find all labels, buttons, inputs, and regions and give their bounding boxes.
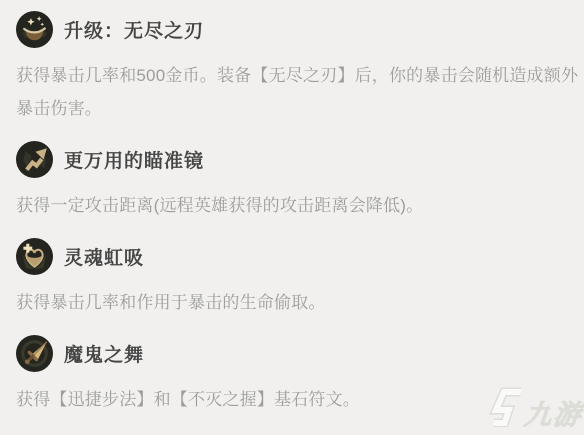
9game-watermark-logo: 九游 bbox=[486, 387, 584, 432]
demon-sword-icon bbox=[16, 335, 53, 372]
ability-section-soul-siphon: 灵魂虹吸 获得暴击几率和作用于暴击的生命偷取。 bbox=[16, 237, 584, 319]
ability-header: 灵魂虹吸 bbox=[16, 237, 584, 275]
ability-description: 获得一定攻击距离(远程英雄获得的攻击距离会降低)。 bbox=[16, 189, 580, 222]
ability-title: 升级：无尽之刃 bbox=[64, 16, 204, 43]
ability-guide-page: 升级：无尽之刃 获得暴击几率和500金币。装备【无尽之刃】后，你的暴击会随机造成… bbox=[0, 0, 584, 435]
ability-section-upgrade-infinity-edge: 升级：无尽之刃 获得暴击几率和500金币。装备【无尽之刃】后，你的暴击会随机造成… bbox=[16, 10, 584, 125]
ability-header: 更万用的瞄准镜 bbox=[16, 140, 584, 178]
ability-description: 获得暴击几率和500金币。装备【无尽之刃】后，你的暴击会随机造成额外暴击伤害。 bbox=[16, 59, 580, 125]
9game-g-icon bbox=[486, 387, 525, 432]
gold-pouch-icon bbox=[16, 11, 53, 48]
ability-title: 魔鬼之舞 bbox=[64, 340, 144, 367]
soul-heart-icon bbox=[16, 238, 53, 275]
ability-section-scope: 更万用的瞄准镜 获得一定攻击距离(远程英雄获得的攻击距离会降低)。 bbox=[16, 140, 584, 222]
ability-header: 升级：无尽之刃 bbox=[16, 10, 584, 48]
ability-description: 获得暴击几率和作用于暴击的生命偷取。 bbox=[16, 286, 580, 319]
watermark-brand-text: 九游 bbox=[523, 402, 584, 432]
aim-arrow-icon bbox=[16, 141, 53, 178]
ability-header: 魔鬼之舞 bbox=[16, 334, 584, 372]
ability-title: 更万用的瞄准镜 bbox=[64, 146, 204, 173]
ability-title: 灵魂虹吸 bbox=[64, 243, 144, 270]
